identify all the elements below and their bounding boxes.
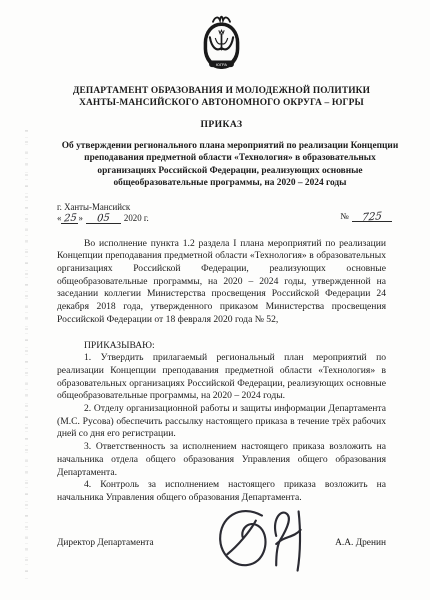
number-field: 725 [352, 211, 392, 222]
place-label: г. Ханты-Мансийск [57, 202, 149, 214]
org-name-line2: ХАНТЫ-МАНСИЙСКОГО АВТОНОМНОГО ОКРУГА – Ю… [57, 97, 386, 109]
document-body: Во исполнение пункта 1.2 раздела I плана… [57, 238, 386, 505]
number-label: № [341, 211, 349, 221]
order-item-3: 3. Ответственность за исполнением настоя… [57, 441, 386, 479]
signature-row: Директор Департамента А.А. Дренин [57, 538, 386, 548]
order-item-1: 1. Утвердить прилагаемый региональный пл… [57, 352, 386, 403]
date-year: 2020 г. [124, 213, 149, 223]
doc-subject: Об утверждении регионального плана мероп… [57, 140, 403, 190]
date-quote-close: » [78, 213, 82, 223]
order-item-4: 4. Контроль за исполнением настоящего пр… [57, 479, 386, 504]
date-day-field: 25 [61, 213, 78, 224]
coat-of-arms-icon: ЮГРА [198, 14, 245, 76]
emblem-caption: ЮГРА [216, 62, 227, 67]
date-month-field: 05 [86, 213, 121, 224]
meta-row: г. Ханты-Мансийск «25»052020 г. №725 [57, 202, 386, 225]
handwritten-number: 725 [361, 211, 382, 224]
order-item-2: 2. Отделу организационной работы и защит… [57, 403, 386, 441]
preamble-paragraph: Во исполнение пункта 1.2 раздела I плана… [57, 238, 386, 327]
handwritten-day: 25 [63, 213, 77, 225]
emblem-container: ЮГРА [57, 14, 386, 81]
order-word: ПРИКАЗЫВАЮ: [57, 340, 386, 353]
signer-name: А.А. Дренин [335, 538, 386, 548]
org-name-line1: ДЕПАРТАМЕНТ ОБРАЗОВАНИЯ И МОЛОДЕЖНОЙ ПОЛ… [57, 85, 386, 97]
doc-type-title: ПРИКАЗ [57, 119, 386, 130]
signature-scribble [209, 501, 321, 581]
place-date-block: г. Ханты-Мансийск «25»052020 г. [57, 202, 149, 225]
date-line: «25»052020 г. [57, 213, 149, 225]
document-page: ЮГРА ДЕПАРТАМЕНТ ОБРАЗОВАНИЯ И МОЛОДЕЖНО… [0, 0, 430, 600]
signer-title: Директор Департамента [57, 538, 154, 548]
scan-artifacts [25, 130, 28, 580]
handwritten-month: 05 [97, 213, 111, 225]
doc-number-block: №725 [341, 211, 392, 223]
